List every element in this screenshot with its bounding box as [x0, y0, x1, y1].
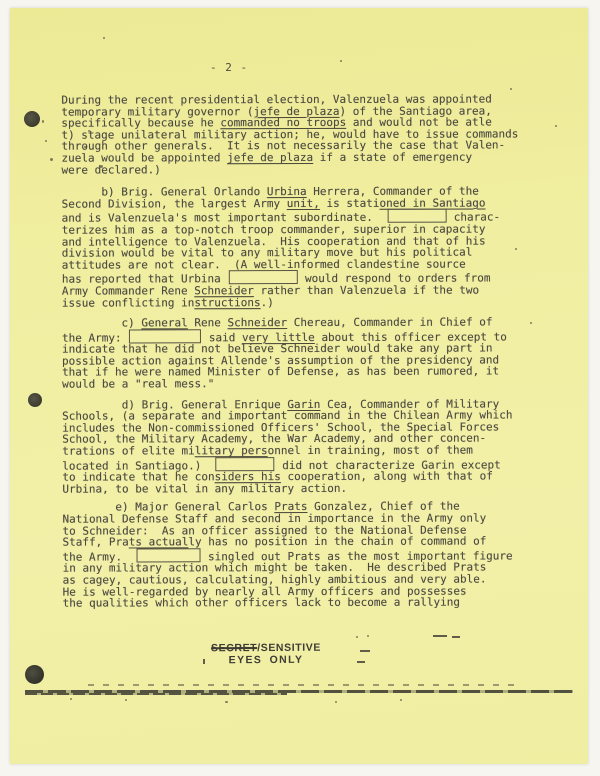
text-segment: oned in Santiago [380, 196, 486, 209]
text-segment: rather than Valenzuela if the two [254, 283, 479, 297]
dash-mark [433, 635, 447, 637]
redaction-box [228, 270, 297, 284]
speck [367, 635, 369, 637]
speck [70, 698, 72, 700]
text-segment: unit, [287, 197, 320, 210]
speck [335, 701, 337, 703]
text-line: c) General Rene Schneider Chereau, Comma… [62, 316, 554, 329]
dash-mark [357, 661, 365, 663]
text-line: Urbina, to be vital in any military acti… [62, 482, 554, 495]
speck [42, 120, 44, 123]
text-line: Staff, Prats actually has no position in… [62, 536, 554, 549]
text-segment: Schneider [228, 316, 288, 329]
document-body: During the recent presidential election,… [61, 93, 554, 609]
dash-mark [452, 636, 460, 638]
speck [356, 636, 358, 638]
text-segment: issue conflicting in [62, 296, 194, 309]
eyes-only-label: EYES ONLY [180, 654, 352, 667]
text-segment: Rene [188, 316, 228, 329]
classification-rest-label: /SENSITIVE [257, 642, 321, 654]
text-line: were declared.) [62, 163, 554, 176]
text-segment: if a state of emergency [313, 151, 472, 164]
text-segment: jefe de plaza [227, 151, 313, 164]
text-segment: is stati [320, 197, 380, 210]
tick-mark [203, 659, 205, 664]
redaction-box [129, 329, 201, 343]
speck [340, 60, 342, 62]
text-segment: structions [194, 296, 260, 309]
speck [103, 37, 105, 39]
text-segment: c) [62, 317, 142, 330]
speck [515, 248, 517, 250]
speck [400, 699, 402, 701]
classification-stamp: SECRET/SENSITIVE [180, 642, 352, 655]
punch-hole-middle [28, 393, 42, 407]
text-segment: ly has no position in the chain of comma… [188, 535, 486, 549]
text-segment: the qualities which other officers lack … [63, 596, 460, 610]
redaction-box [136, 548, 200, 562]
redaction-box [216, 457, 275, 471]
page-number: - 2 - [210, 62, 310, 74]
text-line: issue conflicting instructions.) [62, 296, 554, 309]
punch-hole-top [24, 111, 40, 127]
text-segment: Staff, Pra [62, 536, 128, 549]
speck [88, 130, 90, 132]
speck [45, 140, 47, 142]
speck [100, 165, 103, 168]
scan-artifact-dashes [88, 684, 518, 686]
text-segment: General [141, 316, 187, 329]
classification-struck-label: SECRET [211, 642, 257, 654]
speck [510, 88, 512, 90]
dash-mark [360, 650, 370, 652]
speck [530, 322, 532, 324]
text-segment: onnel in training, most of them [268, 444, 473, 458]
paragraph: During the recent presidential election,… [61, 93, 553, 175]
redaction-box [387, 209, 446, 223]
text-segment: .) [261, 296, 274, 309]
speck [225, 701, 228, 703]
classification-footer: SECRET/SENSITIVE EYES ONLY [180, 642, 352, 667]
speck [50, 158, 53, 161]
punch-hole-bottom [25, 665, 44, 684]
speck [125, 699, 127, 701]
text-segment: Urbina, to be vital in any military acti… [62, 482, 347, 496]
text-line: the qualities which other officers lack … [63, 597, 555, 610]
speck [84, 146, 87, 148]
text-segment: would be a "real mess." [62, 377, 214, 390]
speck [555, 125, 557, 127]
text-segment: were declared.) [62, 163, 161, 176]
paragraph: d) Brig. General Enrique Garin Cea, Comm… [62, 398, 554, 495]
text-segment: Second Division, the largest Army [62, 197, 287, 211]
text-segment: litary pers [195, 444, 268, 457]
text-line: would be a "real mess." [62, 377, 554, 390]
text-segment: trations of elite mi [62, 444, 194, 457]
text-segment: ts actual [129, 536, 189, 549]
paragraph: b) Brig. General Orlando Urbina Herrera,… [62, 186, 554, 309]
paragraph: c) General Rene Schneider Chereau, Comma… [62, 316, 554, 390]
paragraph: e) Major General Carlos Prats Gonzalez, … [62, 501, 554, 610]
scanned-page-sheet: - 2 - During the recent presidential ele… [10, 8, 588, 764]
scan-artifact-line-heavy [25, 693, 287, 695]
text-segment: Chereau, Commander in Chief of [287, 316, 492, 330]
